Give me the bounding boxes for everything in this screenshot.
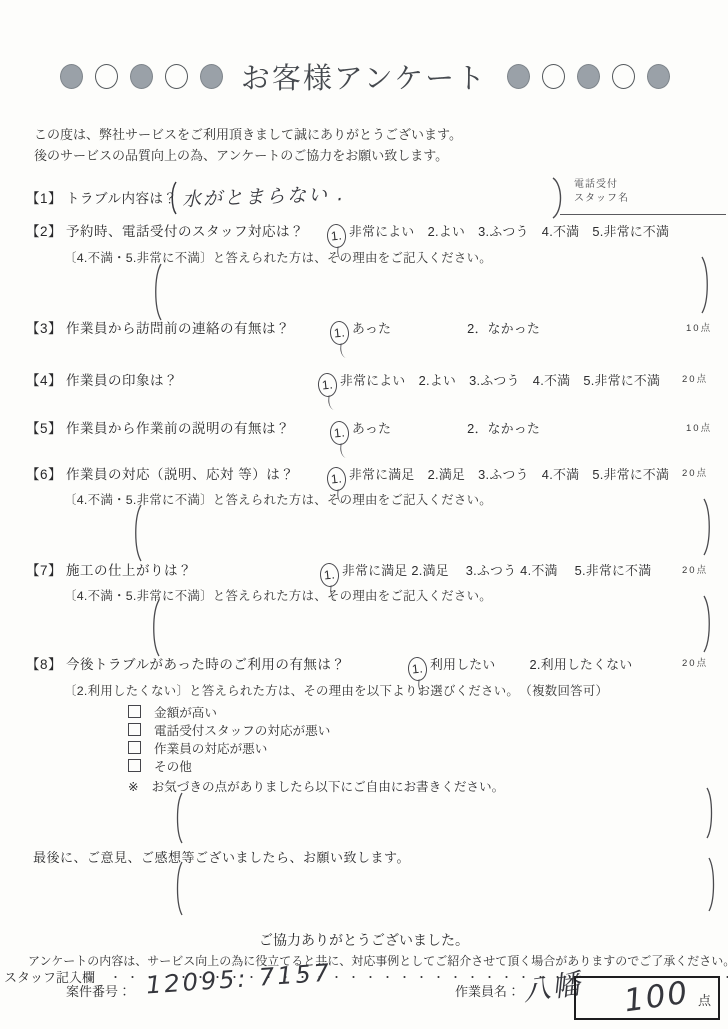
question-5-options: 1.あった2．なかった (330, 418, 540, 445)
question-8-label: 今後トラブルがあった時のご利用の有無は？ (66, 657, 345, 672)
question-8-option-b: 2.利用したくない (529, 657, 632, 672)
question-4-options: 1.非常によい 2.よい 3.ふつう 4.不満 5.非常に不満 (318, 370, 660, 397)
staff-name-writein-line (560, 214, 726, 215)
checkbox-icon (128, 759, 141, 772)
worker-name-label: 作業員名： (455, 981, 520, 1000)
checkbox-icon (128, 723, 141, 736)
question-2-note: 〔4.不満・5.非常に不満〕と答えられた方は、その理由をご記入ください。 (64, 248, 492, 266)
free-response-paren-left-icon (172, 861, 185, 916)
question-3-option-b: 2．なかった (467, 321, 540, 336)
intro-line-2: 後のサービスの品質向上の為、アンケートのご協力をお願い致します。 (34, 145, 462, 166)
free-response-paren-right-icon (706, 857, 719, 912)
question-3-label: 作業員から訪問前の連絡の有無は？ (66, 321, 290, 336)
question-6-number: 【6】 (26, 467, 62, 482)
question-5: 【5】作業員から作業前の説明の有無は？ (26, 417, 290, 437)
circled-answer-icon: 1. (319, 562, 340, 588)
score-unit-label: 点 (698, 990, 711, 1009)
phone-reception-label: 電話受付 スタッフ名 (574, 178, 629, 206)
score-box: 100 点 (574, 976, 720, 1020)
question-5-points: 10点 (686, 420, 712, 434)
question-6-note: 〔4.不満・5.非常に不満〕と答えられた方は、その理由をご記入ください。 (64, 490, 492, 508)
question-4: 【4】作業員の印象は？ (26, 369, 178, 389)
question-7-points: 20点 (682, 562, 708, 576)
checkbox-icon (128, 741, 141, 754)
question-5-option-b: 2．なかった (467, 421, 540, 436)
circled-answer-icon: 1. (326, 466, 347, 492)
free-response-paren-right-icon (701, 595, 715, 653)
question-8: 【8】今後トラブルがあった時のご利用の有無は？ (26, 653, 345, 673)
free-response-paren-right-icon (704, 787, 717, 839)
question-3-options: 1.あった2．なかった (330, 318, 540, 345)
free-note-label: お気づきの点がありましたら以下にご自由にお書きください。 (152, 780, 505, 794)
dot-empty-icon (95, 64, 118, 89)
question-5-number: 【5】 (26, 421, 62, 436)
checkbox-label: 電話受付スタッフの対応が悪い (154, 724, 330, 738)
checkbox-row: 電話受付スタッフの対応が悪い (128, 720, 330, 739)
question-7-number: 【7】 (26, 563, 62, 578)
asterisk-mark-icon: ※ (128, 780, 139, 794)
question-4-number: 【4】 (26, 373, 62, 388)
decorative-dots-left (60, 64, 223, 89)
circled-answer-icon: 1. (329, 420, 350, 446)
circled-answer-icon: 1. (326, 223, 347, 249)
question-2-label: 予約時、電話受付のスタッフ対応は？ (66, 224, 304, 239)
case-number-label: 案件番号： (66, 981, 131, 1000)
checkbox-row: その他 (128, 756, 192, 775)
disclaimer-text: アンケートの内容は、サービス向上の為に役立てると共に、対応事例としてご紹介させて… (28, 952, 728, 969)
question-3-number: 【3】 (26, 321, 62, 336)
closing-request: 最後に、ご意見、ご感想等ございましたら、お願い致します。 (33, 847, 410, 866)
free-response-paren-right-icon (699, 256, 713, 314)
question-7-note: 〔4.不満・5.非常に不満〕と答えられた方は、その理由をご記入ください。 (64, 586, 492, 604)
checkbox-label: その他 (154, 760, 192, 774)
question-1-handwritten-answer: 水がとまらない . (182, 179, 346, 212)
phone-reception-line1: 電話受付 (574, 178, 629, 192)
question-4-label: 作業員の印象は？ (66, 373, 178, 388)
question-3-points: 10点 (686, 320, 712, 334)
circled-answer-icon: 1. (407, 656, 428, 682)
free-response-paren-left-icon (150, 263, 164, 321)
checkbox-label: 作業員の対応が悪い (154, 742, 267, 756)
intro-text: この度は、弊社サービスをご利用頂きまして誠にありがとうございます。 後のサービス… (34, 124, 462, 166)
score-handwritten-value: 100 (622, 975, 692, 1020)
intro-line-1: この度は、弊社サービスをご利用頂きまして誠にありがとうございます。 (34, 124, 462, 145)
question-2-options: 1.非常によい 2.よい 3.ふつう 4.不満 5.非常に不満 (327, 221, 669, 248)
dot-empty-icon (165, 64, 188, 89)
question-6-options-text: 非常に満足 2.満足 3.ふつう 4.不満 5.非常に不満 (349, 467, 669, 482)
question-7-label: 施工の仕上がりは？ (66, 563, 192, 578)
question-3: 【3】作業員から訪問前の連絡の有無は？ (26, 317, 290, 337)
staff-name-label: スタッフ名 (574, 192, 629, 206)
free-response-paren-left-icon (172, 792, 185, 844)
question-7: 【7】施工の仕上がりは？ (26, 559, 192, 579)
survey-form-page: お客様アンケート この度は、弊社サービスをご利用頂きまして誠にありがとうございま… (0, 0, 728, 1029)
question-4-options-text: 非常によい 2.よい 3.ふつう 4.不満 5.非常に不満 (340, 373, 660, 388)
dot-filled-icon (130, 64, 153, 89)
question-5-option-a: あった (352, 421, 391, 436)
question-1-number: 【1】 (26, 191, 62, 206)
free-response-paren-right-icon (701, 498, 715, 556)
question-6-points: 20点 (682, 465, 708, 479)
circled-answer-icon: 1. (317, 372, 338, 398)
question-8-points: 20点 (682, 655, 708, 669)
free-response-paren-left-icon (148, 599, 162, 657)
dot-filled-icon (577, 64, 600, 89)
question-5-label: 作業員から作業前の説明の有無は？ (66, 421, 290, 436)
question-7-options: 1.非常に満足 2.満足 3.ふつう 4.不満 5.非常に不満 (320, 560, 651, 587)
dot-filled-icon (507, 64, 530, 89)
question-8-number: 【8】 (26, 657, 62, 672)
dot-filled-icon (200, 64, 223, 89)
dot-filled-icon (60, 64, 83, 89)
decorative-dots-right (507, 64, 670, 89)
question-2-number: 【2】 (26, 224, 62, 239)
thanks-text: ご協力ありがとうございました。 (0, 930, 728, 950)
question-7-options-text: 非常に満足 2.満足 3.ふつう 4.不満 5.非常に不満 (342, 563, 651, 578)
question-6-options: 1.非常に満足 2.満足 3.ふつう 4.不満 5.非常に不満 (327, 464, 669, 491)
free-response-paren-left-icon (130, 504, 144, 562)
question-2-options-text: 非常によい 2.よい 3.ふつう 4.不満 5.非常に不満 (349, 224, 669, 239)
dot-filled-icon (647, 64, 670, 89)
page-title: お客様アンケート (241, 56, 487, 97)
question-4-points: 20点 (682, 371, 708, 385)
question-1-label: トラブル内容は？ (66, 191, 177, 206)
checkbox-label: 金額が高い (154, 706, 217, 720)
question-6: 【6】作業員の対応（説明、応対 等）は？ (26, 463, 294, 483)
question-1: 【1】トラブル内容は？ (26, 187, 177, 207)
circled-answer-icon: 1. (329, 320, 350, 346)
question-8-option-a: 利用したい (430, 657, 495, 672)
question-8-options: 1.利用したい2.利用したくない (408, 654, 632, 681)
checkbox-icon (128, 705, 141, 718)
handwritten-paren-icon (168, 181, 178, 215)
question-3-option-a: あった (352, 321, 391, 336)
question-6-label: 作業員の対応（説明、応対 等）は？ (66, 467, 294, 482)
checkbox-row: 作業員の対応が悪い (128, 738, 267, 757)
question-2: 【2】予約時、電話受付のスタッフ対応は？ (26, 220, 304, 240)
dot-empty-icon (542, 64, 565, 89)
dot-empty-icon (612, 64, 635, 89)
question-8-note: 〔2.利用したくない〕と答えられた方は、その理由を以下よりお選びください。 （複… (64, 681, 608, 699)
checkbox-row: 金額が高い (128, 702, 217, 721)
